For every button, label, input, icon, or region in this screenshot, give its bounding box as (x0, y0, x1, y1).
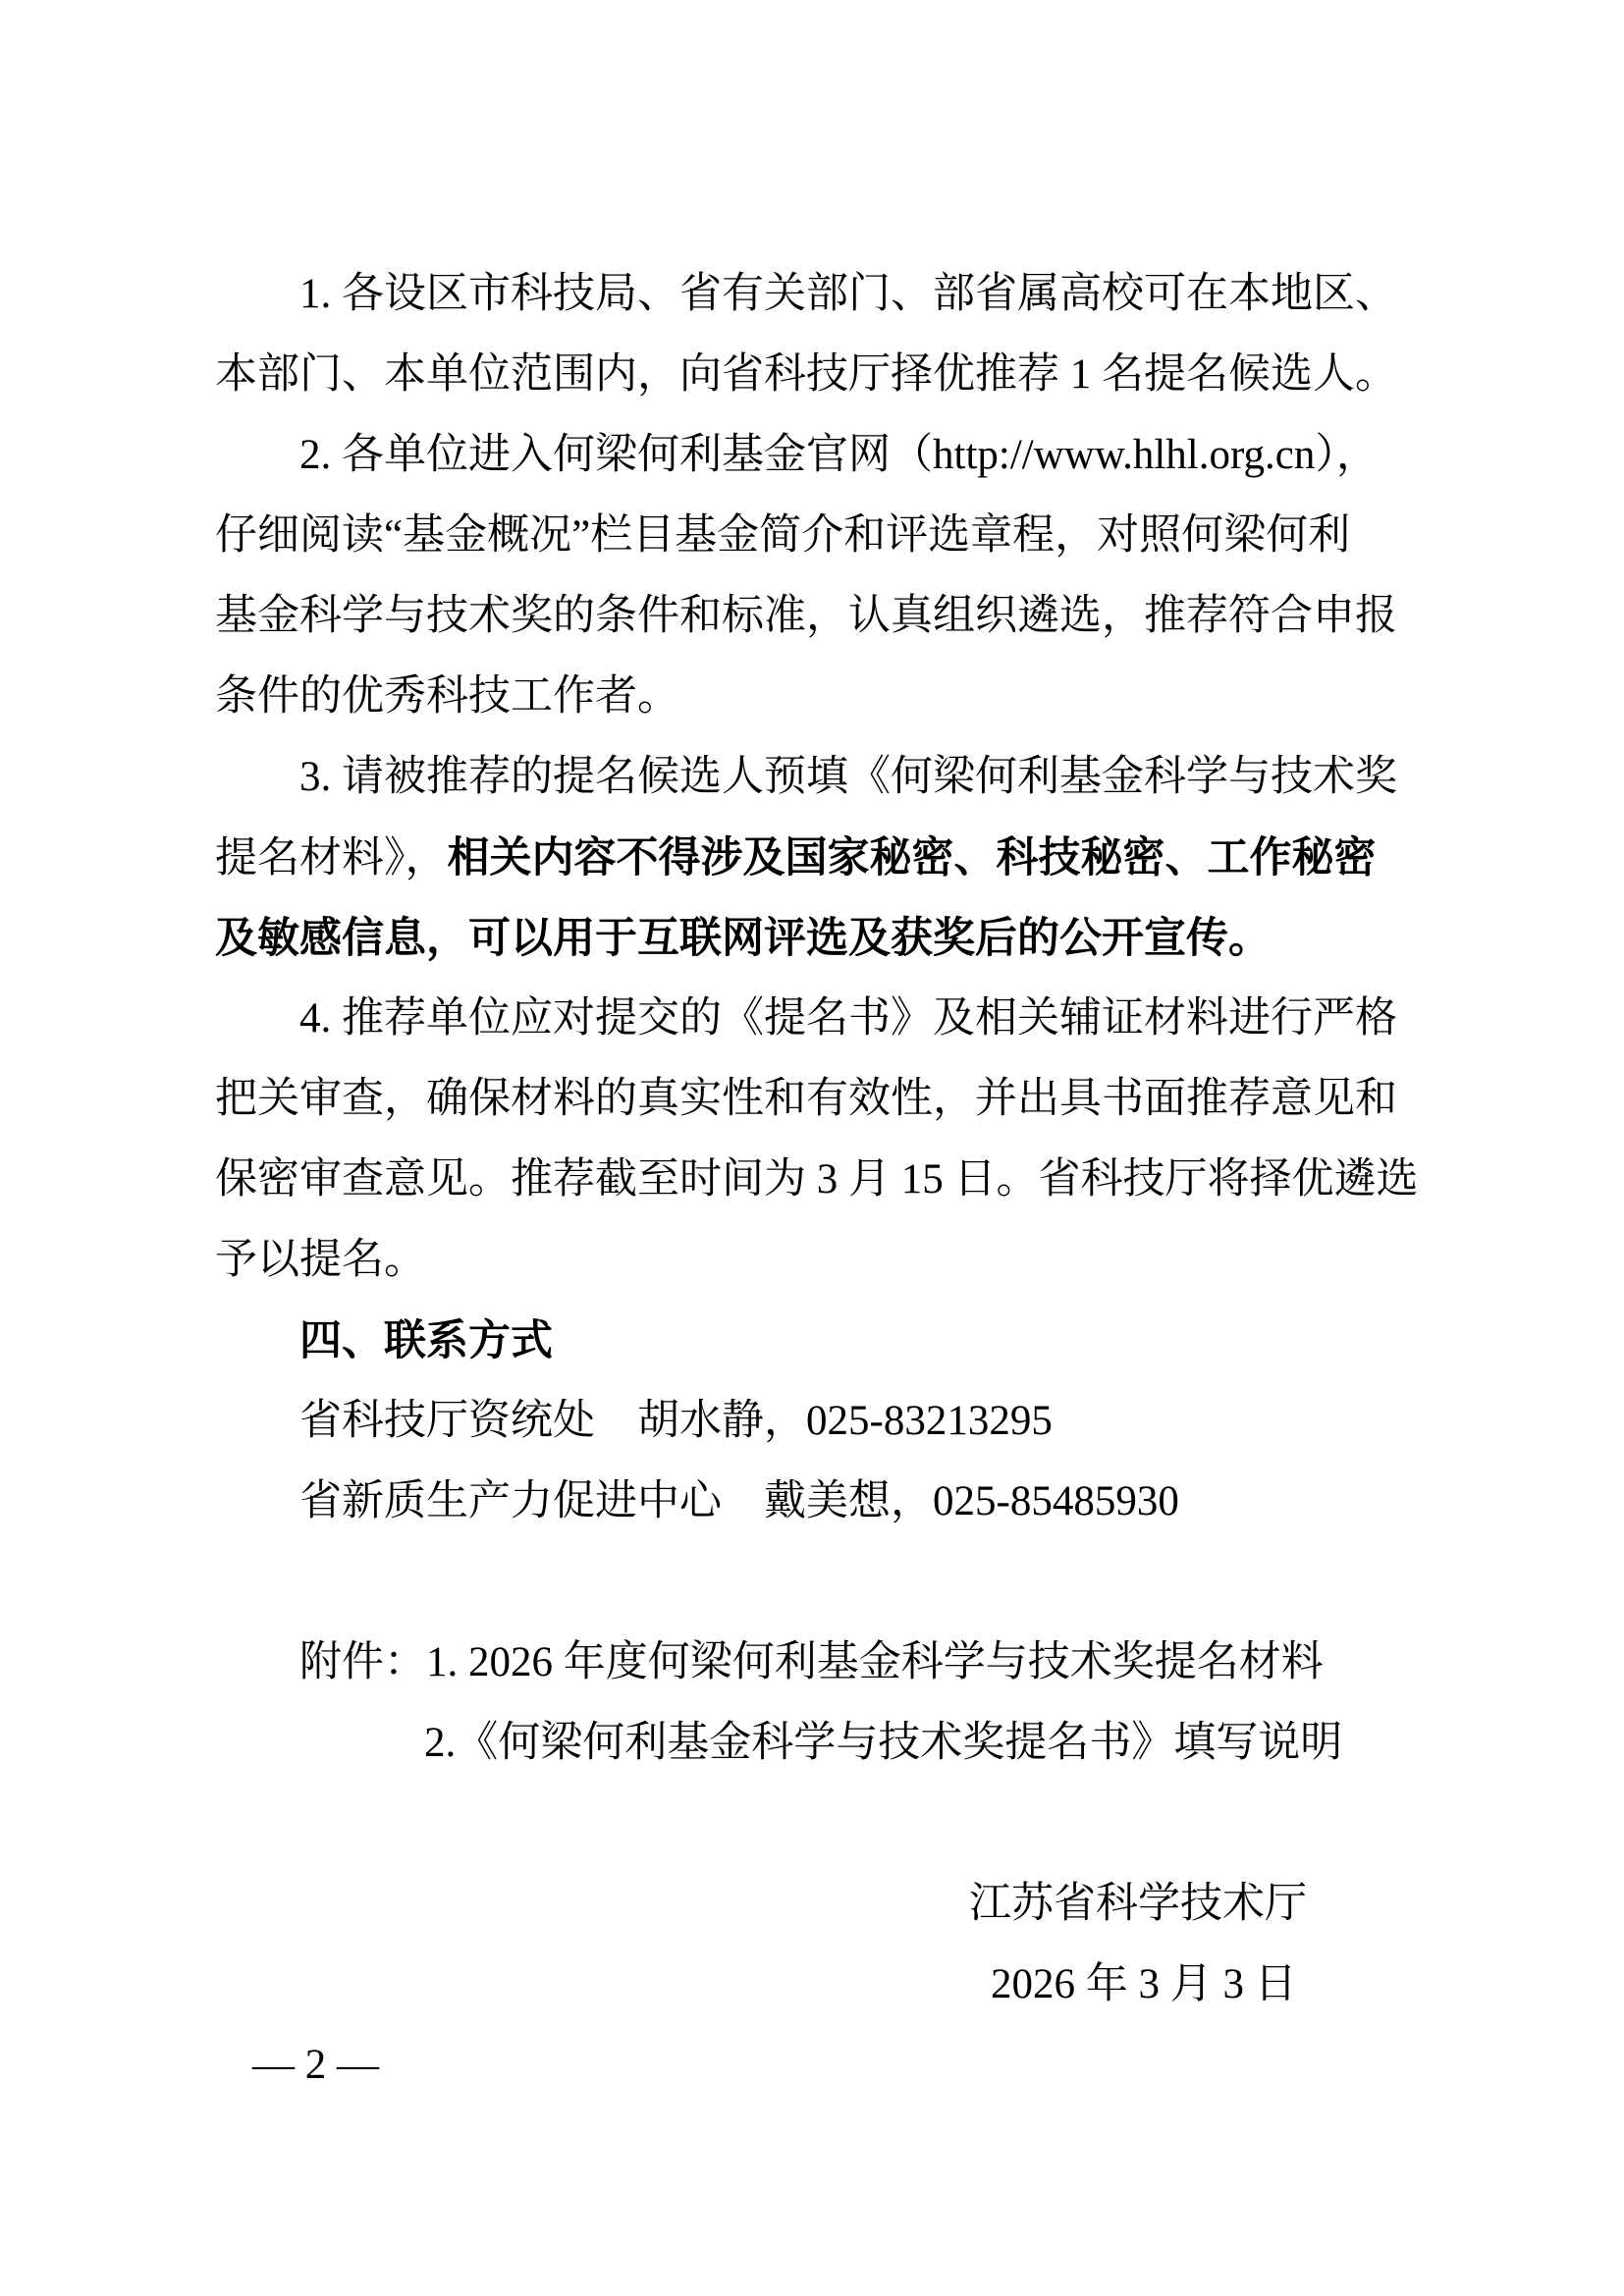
attachment-line-1: 附件：1. 2026 年度何梁何利基金科学与技术奖提名材料 (215, 1623, 1399, 1703)
contact-line-1: 省科技厅资统处 胡水静，025-83213295 (215, 1381, 1399, 1462)
section-heading-contact: 四、联系方式 (215, 1301, 1399, 1381)
paragraph-1-line-1: 1. 各设区市科技局、省有关部门、部省属高校可在本地区、 (215, 254, 1399, 335)
paragraph-3-line-2: 提名材料》，相关内容不得涉及国家秘密、科技秘密、工作秘密 (215, 818, 1399, 898)
paragraph-2-line-1: 2. 各单位进入何梁何利基金官网（http://www.hlhl.org.cn）… (215, 415, 1399, 496)
blank-line (215, 1542, 1399, 1623)
page-number: — 2 — (215, 2025, 1399, 2106)
blank-line (215, 1784, 1399, 1864)
paragraph-3-line-2-bold-emphasis: 相关内容不得涉及国家秘密、科技秘密、工作秘密 (448, 834, 1377, 881)
document-page: 1. 各设区市科技局、省有关部门、部省属高校可在本地区、 本部门、本单位范围内，… (0, 0, 1624, 2296)
document-body: 1. 各设区市科技局、省有关部门、部省属高校可在本地区、 本部门、本单位范围内，… (215, 254, 1399, 2106)
paragraph-3-line-1: 3. 请被推荐的提名候选人预填《何梁何利基金科学与技术奖 (215, 737, 1399, 818)
contact-line-2: 省新质生产力促进中心 戴美想，025-85485930 (215, 1462, 1399, 1542)
paragraph-1-line-2: 本部门、本单位范围内，向省科技厅择优推荐 1 名提名候选人。 (215, 335, 1399, 415)
paragraph-3-line-3-bold-emphasis: 及敏感信息，可以用于互联网评选及获奖后的公开宣传。 (215, 915, 1271, 962)
paragraph-3-line-3: 及敏感信息，可以用于互联网评选及获奖后的公开宣传。 (215, 898, 1399, 979)
paragraph-2-line-3: 基金科学与技术奖的条件和标准，认真组织遴选，推荐符合申报 (215, 576, 1399, 657)
signature-organization: 江苏省科学技术厅 (215, 1864, 1399, 1945)
paragraph-4-line-3: 保密审查意见。推荐截至时间为 3 月 15 日。省科技厅将择优遴选 (215, 1140, 1399, 1220)
paragraph-2-line-4: 条件的优秀科技工作者。 (215, 657, 1399, 737)
attachment-line-2: 2.《何梁何利基金科学与技术奖提名书》填写说明 (215, 1703, 1399, 1784)
paragraph-3-line-2-regular: 提名材料》， (215, 835, 448, 881)
paragraph-4-line-1: 4. 推荐单位应对提交的《提名书》及相关辅证材料进行严格 (215, 979, 1399, 1059)
paragraph-2-line-2: 仔细阅读“基金概况”栏目基金简介和评选章程，对照何梁何利 (215, 496, 1399, 576)
signature-date: 2026 年 3 月 3 日 (215, 1945, 1399, 2025)
paragraph-4-line-4: 予以提名。 (215, 1220, 1399, 1301)
paragraph-4-line-2: 把关审查，确保材料的真实性和有效性，并出具书面推荐意见和 (215, 1059, 1399, 1140)
